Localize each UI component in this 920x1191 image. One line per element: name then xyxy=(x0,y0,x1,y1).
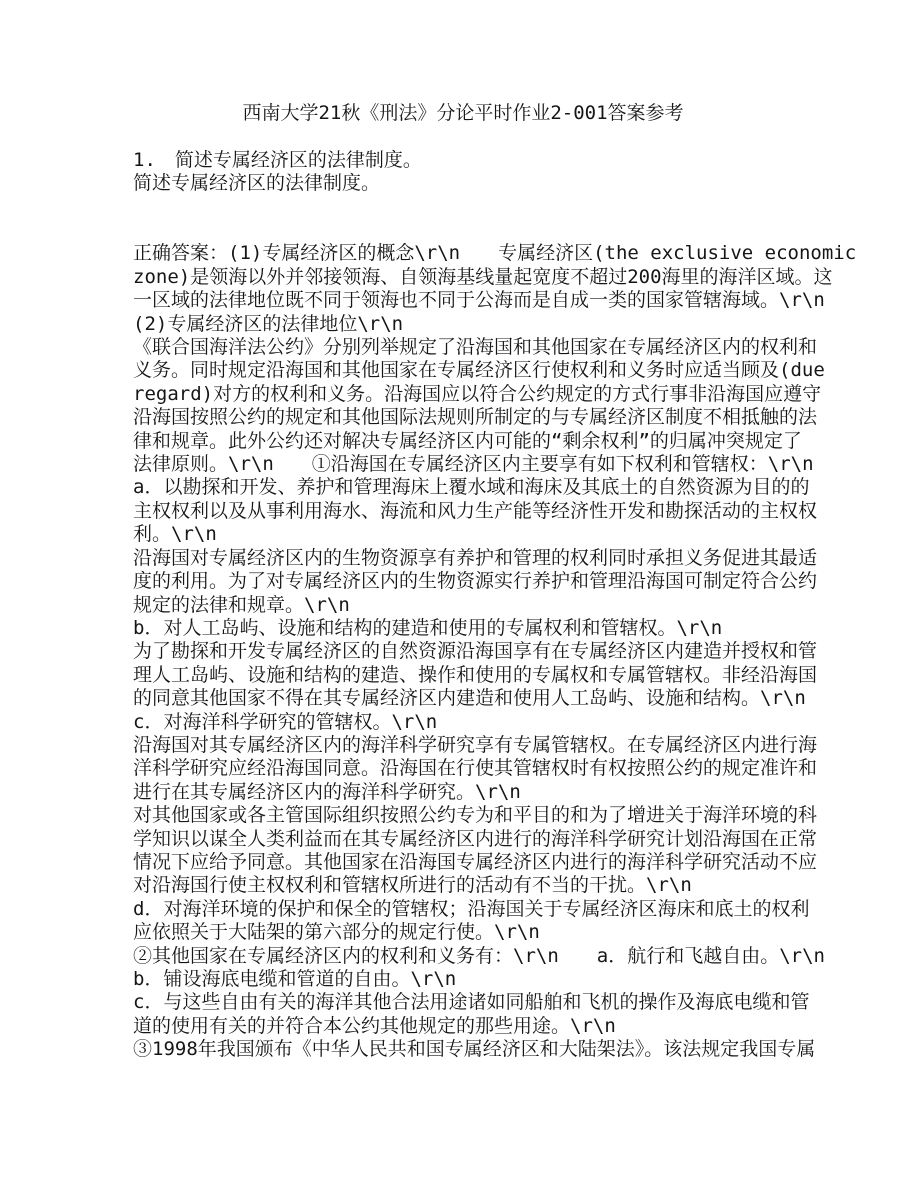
answer-line: zone)是领海以外并邻接领海、自领海基线量起宽度不超过200海里的海洋区域。这 xyxy=(133,266,793,289)
answer-line: 利。\r\n xyxy=(133,523,793,546)
answer-line: 法律原则。\r\n ①沿海国在专属经济区内主要享有如下权利和管辖权：\r\n xyxy=(133,453,793,476)
answer-line: 的同意其他国家不得在其专属经济区内建造和使用人工岛屿、设施和结构。\r\n xyxy=(133,687,793,710)
answer-line: 律和规章。此外公约还对解决专属经济区内可能的“剩余权利”的归属冲突规定了 xyxy=(133,430,793,453)
answer-line: 义务。同时规定沿海国和其他国家在专属经济区行使权利和义务时应适当顾及(due xyxy=(133,359,793,382)
answer-line: 《联合国海洋法公约》分别列举规定了沿海国和其他国家在专属经济区内的权利和 xyxy=(133,336,793,359)
answer-line: 对沿海国行使主权权利和管辖权所进行的活动有不当的干扰。\r\n xyxy=(133,874,793,897)
answer-line: c．对海洋科学研究的管辖权。\r\n xyxy=(133,711,793,734)
answer-block: 正确答案：(1)专属经济区的概念\r\n 专属经济区(the exclusive… xyxy=(133,242,793,1061)
answer-line: 道的使用有关的并符合本公约其他规定的那些用途。\r\n xyxy=(133,1015,793,1038)
answer-line: 一区域的法律地位既不同于领海也不同于公海而是自成一类的国家管辖海域。\r\n xyxy=(133,289,793,312)
answer-line: 洋科学研究应经沿海国同意。沿海国在行使其管辖权时有权按照公约的规定准许和 xyxy=(133,757,793,780)
answer-line: ②其他国家在专属经济区内的权利和义务有：\r\n a．航行和飞越自由。\r\n xyxy=(133,945,793,968)
answer-line: d．对海洋环境的保护和保全的管辖权；沿海国关于专属经济区海床和底土的权利 xyxy=(133,898,793,921)
answer-line: 正确答案：(1)专属经济区的概念\r\n 专属经济区(the exclusive… xyxy=(133,242,793,265)
answer-line: b．对人工岛屿、设施和结构的建造和使用的专属权利和管辖权。\r\n xyxy=(133,617,793,640)
answer-line: 沿海国对专属经济区内的生物资源享有养护和管理的权利同时承担义务促进其最适 xyxy=(133,547,793,570)
answer-line: a．以勘探和开发、养护和管理海床上覆水域和海床及其底土的自然资源为目的的 xyxy=(133,476,793,499)
answer-line: 学知识以谋全人类利益而在其专属经济区内进行的海洋科学研究计划沿海国在正常 xyxy=(133,828,793,851)
answer-line: 为了勘探和开发专属经济区的自然资源沿海国享有在专属经济区内建造并授权和管 xyxy=(133,640,793,663)
answer-line: b．铺设海底电缆和管道的自由。\r\n xyxy=(133,968,793,991)
question-numbered-line: 1. 简述专属经济区的法律制度。 xyxy=(133,149,793,172)
answer-line: (2)专属经济区的法律地位\r\n xyxy=(133,313,793,336)
answer-line: 沿海国对其专属经济区内的海洋科学研究享有专属管辖权。在专属经济区内进行海 xyxy=(133,734,793,757)
answer-line: 度的利用。为了对专属经济区内的生物资源实行养护和管理沿海国可制定符合公约 xyxy=(133,570,793,593)
answer-line: 沿海国按照公约的规定和其他国际法规则所制定的与专属经济区制度不相抵触的法 xyxy=(133,406,793,429)
answer-line: 理人工岛屿、设施和结构的建造、操作和使用的专属权和专属管辖权。非经沿海国 xyxy=(133,664,793,687)
answer-line: 规定的法律和规章。\r\n xyxy=(133,594,793,617)
answer-line: 对其他国家或各主管国际组织按照公约专为和平目的和为了增进关于海洋环境的科 xyxy=(133,804,793,827)
question-block: 1. 简述专属经济区的法律制度。 简述专属经济区的法律制度。 xyxy=(133,149,793,196)
answer-line: 应依照关于大陆架的第六部分的规定行使。\r\n xyxy=(133,921,793,944)
document-title: 西南大学21秋《刑法》分论平时作业2-001答案参考 xyxy=(133,102,793,125)
document-page: 西南大学21秋《刑法》分论平时作业2-001答案参考 1. 简述专属经济区的法律… xyxy=(0,0,920,1191)
question-repeat-line: 简述专属经济区的法律制度。 xyxy=(133,172,793,195)
answer-line: 主权权利以及从事利用海水、海流和风力生产能等经济性开发和勘探活动的主权权 xyxy=(133,500,793,523)
answer-line: 情况下应给予同意。其他国家在沿海国专属经济区内进行的海洋科学研究活动不应 xyxy=(133,851,793,874)
answer-line: 进行在其专属经济区内的海洋科学研究。\r\n xyxy=(133,781,793,804)
answer-line: c．与这些自由有关的海洋其他合法用途诸如同船舶和飞机的操作及海底电缆和管 xyxy=(133,991,793,1014)
answer-line: regard)对方的权利和义务。沿海国应以符合公约规定的方式行事非沿海国应遵守 xyxy=(133,383,793,406)
answer-line: ③1998年我国颁布《中华人民共和国专属经济区和大陆架法》。该法规定我国专属 xyxy=(133,1038,793,1061)
